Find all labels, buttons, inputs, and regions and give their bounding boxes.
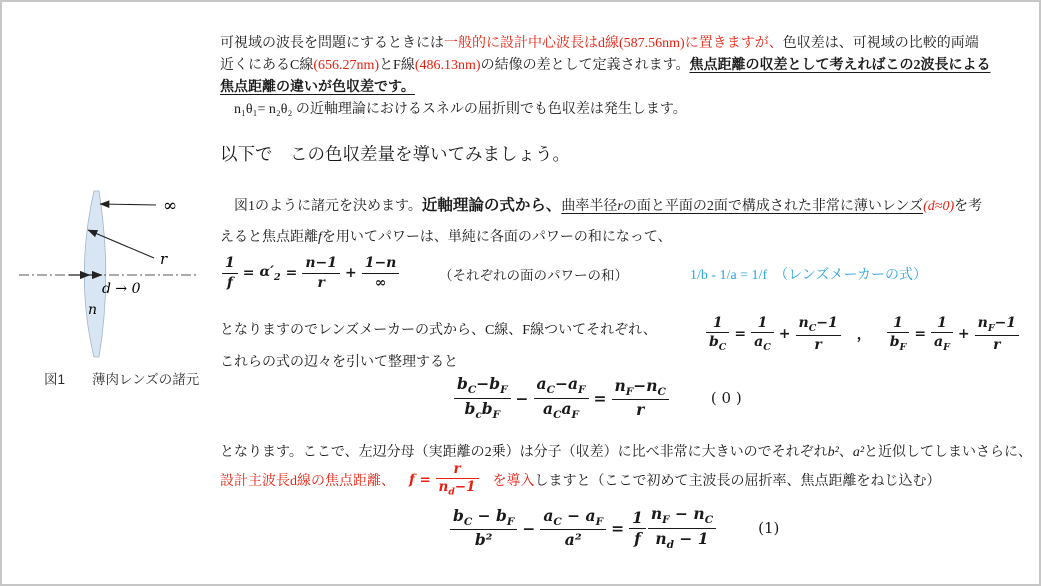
text-segment: 、 — [839, 445, 853, 460]
denominator: r — [302, 273, 340, 291]
denominator: bcbF — [454, 398, 511, 421]
equation-0: bC−bFbcbF − aC−aFaCaF = nF−nCr ( 0 ) — [454, 376, 742, 420]
equation-1: bC − bFb² − aC − aFa² = 1f nF − nCnd − 1… — [450, 503, 779, 553]
text-segment: n₁θ₁= n₂θ₂ の近軸理論におけるスネルの屈折則でも色収差は発生します。 — [220, 102, 687, 117]
denominator: bF — [887, 332, 910, 354]
operator: + — [340, 265, 362, 281]
numerator: nF−nC — [612, 377, 669, 399]
derivation-paragraph: 図1のように諸元を決めます。近軸理論の式から、曲率半径rの面と平面の2面で構成さ… — [220, 190, 982, 253]
text-segment-red: を導入 — [479, 470, 535, 490]
fraction: rnd−1 — [436, 462, 479, 499]
denominator: nd − 1 — [648, 528, 716, 551]
operator: = — [909, 326, 931, 342]
text-segment: を考 — [954, 199, 982, 214]
text-segment-underline: の面と平面の2面で構成された非常に薄いレンズ — [623, 199, 923, 214]
power-equation: 1f = α′2 = n−1r + 1−n∞ — [222, 253, 399, 293]
fraction: 1f — [629, 509, 646, 548]
numerator: n−1 — [302, 255, 340, 272]
approximation-line: となります。ここで、左辺分母（実距離の2乗）は分子（収差）に比べ非常に大きいので… — [220, 441, 1032, 461]
text-segment: となります。ここで、左辺分母（実距離の2乗）は分子（収差）に比べ非常に大きいので… — [220, 445, 828, 460]
denominator: a² — [540, 529, 606, 549]
denominator: f — [629, 528, 646, 548]
denominator: aF — [931, 332, 953, 354]
operator: = — [729, 326, 751, 342]
denominator: f — [222, 273, 238, 291]
numerator: bC−bF — [454, 375, 511, 397]
separator-comma: ， — [841, 324, 887, 344]
operator: + — [953, 326, 975, 342]
fraction: n−1r — [302, 255, 340, 290]
fraction: aC−aFaCaF — [534, 375, 589, 420]
document-page: 可視域の波長を問題にするときには一般的に設計中心波長はd線(587.56nm)に… — [0, 0, 1041, 586]
text-segment: と近似してしまいさらに、 — [864, 445, 1032, 460]
focal-length-line: 設計主波長d線の焦点距離、 f = rnd−1 を導入 しますと（ここで初めて主… — [220, 461, 941, 499]
text-segment: しますと（ここで初めて主波長の屈折率、焦点距離をねじ込む） — [535, 470, 941, 490]
lens-diagram: ∞ r d → 0 n — [14, 188, 214, 366]
fraction: nF−nCr — [612, 377, 669, 419]
text-segment: とF線 — [379, 58, 415, 73]
index-label: n — [88, 302, 97, 318]
f-equals: f = — [409, 472, 431, 488]
text-segment-bold: 近軸理論の式から、 — [422, 197, 562, 214]
text-segment-red: 一般的に設計中心波長はd線(587.56nm)に置きますが、 — [444, 36, 783, 51]
operator: = — [281, 265, 303, 281]
text-segment-red: (486.13nm) — [415, 58, 481, 73]
numerator: nC−1 — [796, 315, 841, 336]
section-heading: 以下で この色収差量を導いてみましょう。 — [220, 141, 570, 166]
denominator: bC — [706, 332, 729, 354]
alpha-term: α′2 — [259, 264, 280, 283]
numerator: 1 — [751, 315, 774, 332]
derivation-line-2: えると焦点距離fを用いてパワーは、単純に各面のパワーの和になって、 — [220, 222, 982, 253]
operator: − — [511, 389, 534, 408]
operator: − — [517, 519, 540, 538]
operator: = — [606, 519, 629, 538]
denominator: r — [796, 335, 841, 353]
equation-number: ( 0 ) — [711, 389, 742, 407]
body-line: となりますのでレンズメーカーの式から、C線、F線ついてそれぞれ、 — [220, 319, 657, 339]
fraction: 1−n∞ — [362, 255, 400, 290]
fraction: 1f — [222, 255, 238, 290]
denominator: ∞ — [362, 273, 400, 291]
fraction: 1aC — [751, 315, 774, 354]
operator: = — [589, 389, 612, 408]
intro-line-2: 近くにあるC線(656.27nm)とF線(486.13nm)の結像の差として定義… — [220, 55, 990, 77]
text-segment: えると焦点距離 — [220, 230, 318, 245]
denominator: nd−1 — [436, 478, 479, 498]
infinity-label: ∞ — [163, 196, 177, 216]
thickness-label: d → 0 — [102, 281, 141, 297]
text-segment-red: 設計主波長d線の焦点距離、 — [220, 470, 395, 490]
intro-line-4: n₁θ₁= n₂θ₂ の近軸理論におけるスネルの屈折則でも色収差は発生します。 — [220, 99, 990, 121]
numerator: 1 — [706, 315, 729, 332]
denominator: r — [612, 399, 669, 419]
fraction: aC − aFa² — [540, 507, 606, 549]
var-a2: a² — [853, 445, 864, 460]
numerator: 1 — [222, 255, 238, 272]
radius-label: r — [160, 250, 168, 268]
numerator: 1−n — [362, 255, 400, 272]
intro-line-1: 可視域の波長を問題にするときには一般的に設計中心波長はd線(587.56nm)に… — [220, 33, 990, 55]
text-segment: 可視域の波長を問題にするときには — [220, 36, 444, 51]
fraction: bC − bFb² — [450, 507, 517, 549]
text-segment-emphasis: 焦点距離の違いが色収差です。 — [220, 80, 415, 95]
numerator: nF−1 — [975, 315, 1019, 336]
text-segment-red: (656.27nm) — [313, 58, 379, 73]
operator: = — [238, 265, 260, 281]
text-segment: 色収差は、可視域の比較的両端 — [783, 36, 979, 51]
denominator: aCaF — [534, 398, 589, 421]
numerator: 1 — [887, 315, 910, 332]
numerator: aC−aF — [534, 375, 589, 397]
fraction: 1bC — [706, 315, 729, 354]
derivation-line-1: 図1のように諸元を決めます。近軸理論の式から、曲率半径rの面と平面の2面で構成さ… — [220, 190, 982, 222]
text-segment-underline: 曲率半径 — [561, 199, 617, 214]
text-segment-emphasis: 焦点距離の収差として考えればこの2波長による — [689, 58, 990, 73]
numerator: bC − bF — [450, 507, 517, 529]
fraction: 1aF — [931, 315, 953, 354]
text-segment: を用いてパワーは、単純に各面のパワーの和になって、 — [322, 230, 672, 245]
fraction: nC−1r — [796, 315, 841, 354]
fraction: bC−bFbcbF — [454, 375, 511, 420]
text-segment: の結像の差として定義されます。 — [481, 58, 690, 73]
denominator: b² — [450, 529, 517, 549]
numerator: 1 — [931, 315, 953, 332]
operator: + — [774, 326, 796, 342]
equation-number: (1) — [758, 519, 779, 537]
cf-equations: 1bC = 1aC + nC−1r ， 1bF = 1aF + nF−1r — [706, 312, 1019, 356]
text-segment: 近くにあるC線 — [220, 58, 313, 73]
lens-figure: ∞ r d → 0 n 図1 薄肉レンズの諸元 — [14, 188, 214, 388]
infinity-arrow — [100, 204, 156, 205]
numerator: nF − nC — [648, 505, 716, 527]
numerator: 1 — [629, 509, 646, 528]
fraction: 1bF — [887, 315, 910, 354]
var-b2: b² — [828, 445, 839, 460]
figure-caption: 図1 薄肉レンズの諸元 — [44, 368, 199, 388]
text-segment: 図1のように諸元を決めます。 — [220, 199, 422, 214]
fraction: nF−1r — [975, 315, 1019, 354]
fraction: nF − nCnd − 1 — [648, 505, 716, 550]
denominator: aC — [751, 332, 774, 354]
intro-paragraph: 可視域の波長を問題にするときには一般的に設計中心波長はd線(587.56nm)に… — [220, 33, 990, 121]
numerator: r — [436, 462, 479, 479]
body-line: これらの式の辺々を引いて整理すると — [220, 351, 458, 371]
lensmaker-formula: 1/b - 1/a = 1/f — [690, 268, 767, 283]
text-segment-red: (d≈0) — [923, 199, 954, 214]
power-equation-note: （それぞれの面のパワーの和） — [439, 264, 628, 284]
denominator: r — [975, 335, 1019, 353]
lensmaker-note: （レンズメーカーの式） — [767, 268, 927, 283]
focal-length-formula: f = rnd−1 — [409, 462, 479, 499]
intro-line-3: 焦点距離の違いが色収差です。 — [220, 77, 990, 99]
numerator: aC − aF — [540, 507, 606, 529]
lensmaker-equation: 1/b - 1/a = 1/f （レンズメーカーの式） — [690, 264, 927, 284]
lens-shape — [84, 191, 106, 357]
